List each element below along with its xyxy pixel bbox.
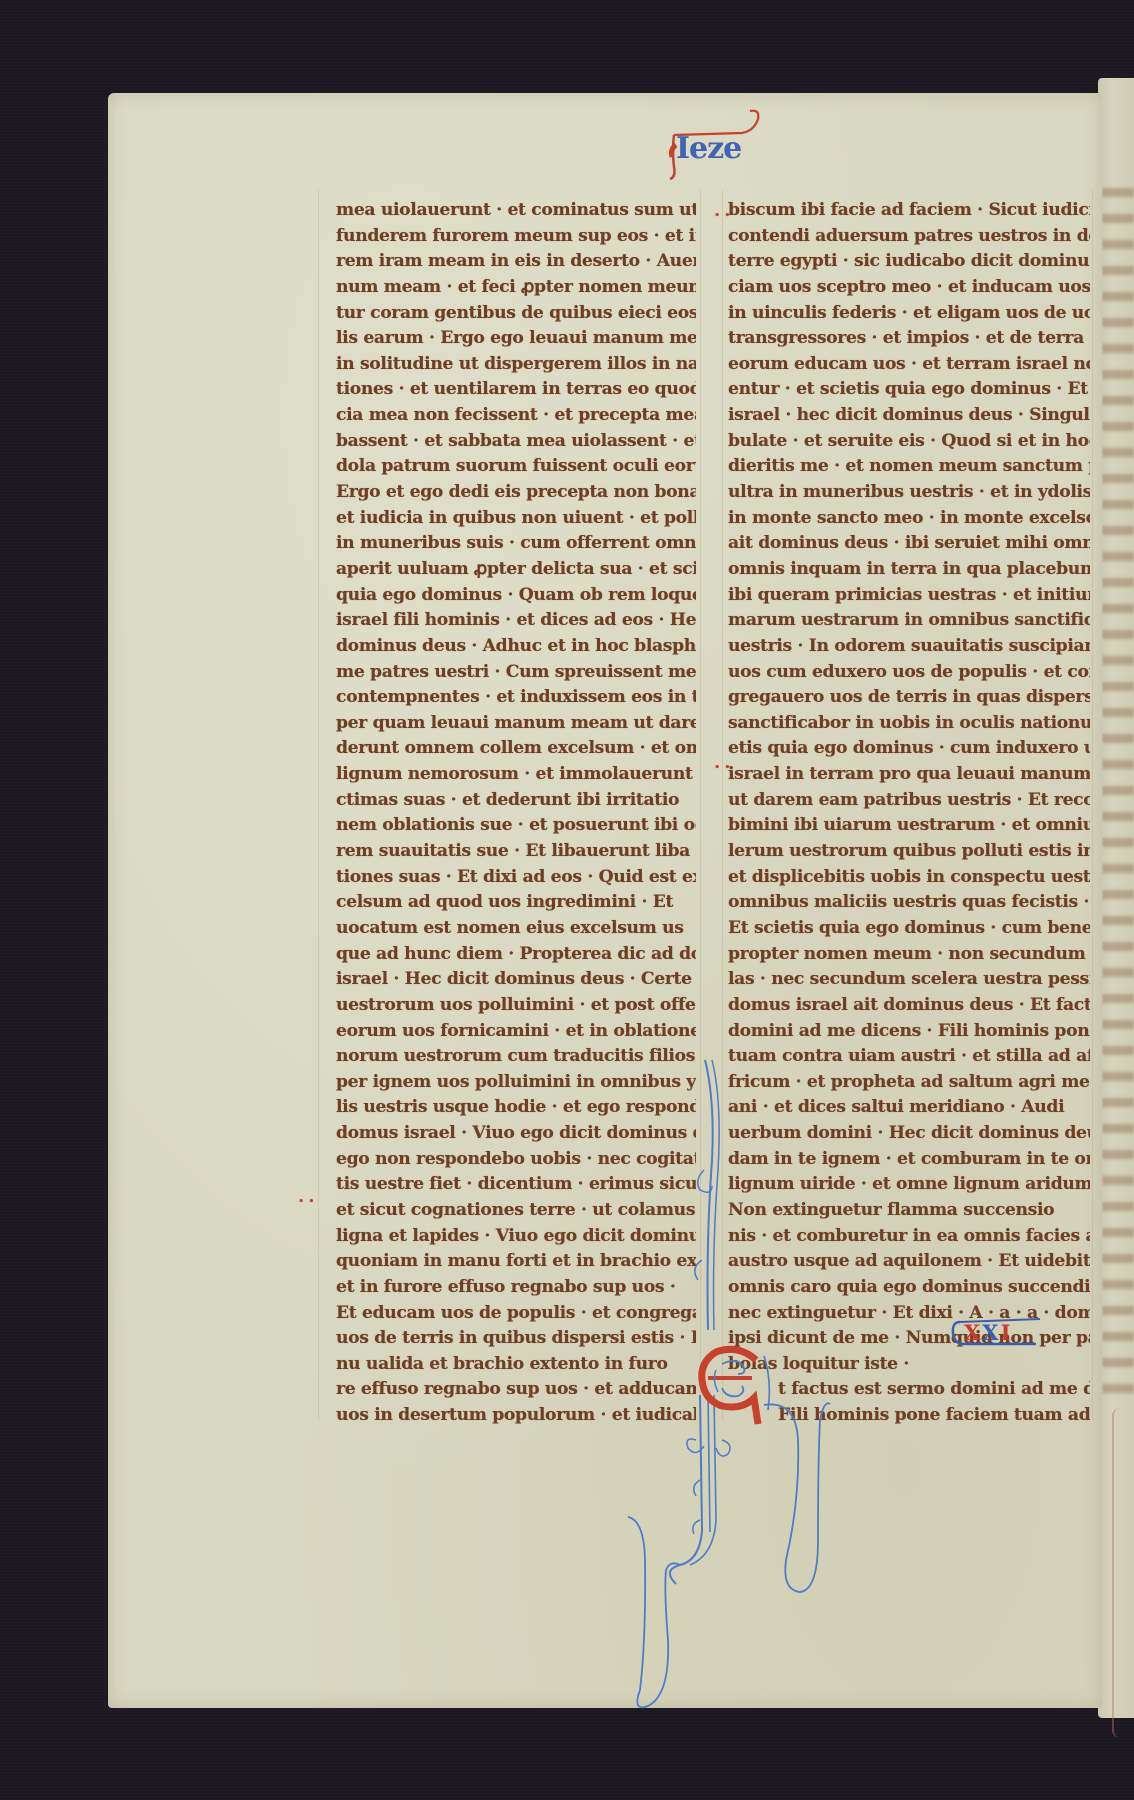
text-line: marum uestrarum in omnibus sanctificatio… [728, 608, 1090, 634]
text-line: uos de terris in quibus dispersi estis ·… [336, 1326, 696, 1352]
text-line: rem iram meam in eis in deserto · Auerti… [336, 249, 696, 275]
text-line: cia mea non fecissent · et precepta mea … [336, 403, 696, 429]
text-line: bulate · et seruite eis · Quod si et in … [728, 429, 1090, 455]
text-line: in uinculis federis · et eligam uos de u… [728, 301, 1090, 327]
text-line: sanctificabor in uobis in oculis nationu… [728, 711, 1090, 737]
text-line: lis earum · Ergo ego leuaui manum meam i… [336, 326, 696, 352]
show-through-line [1102, 370, 1134, 379]
text-line: uestris · In odorem suauitatis suscipiam [728, 634, 1090, 660]
show-through-line [1102, 500, 1134, 509]
text-line: lerum uestrorum quibus polluti estis in … [728, 839, 1090, 865]
show-through-line [1102, 292, 1134, 301]
text-line: per ignem uos polluimini in omnibus ydo [336, 1070, 696, 1096]
show-through-line [1102, 422, 1134, 431]
show-through-line [1102, 214, 1134, 223]
text-line: propter nomen meum · non secundum uias u… [728, 942, 1090, 968]
ruling-line [700, 190, 701, 1420]
text-line: et iudicia in quibus non uiuent · et pol… [336, 506, 696, 532]
right-text-column: biscum ibi facie ad faciem · Sicut iudic… [728, 198, 1090, 1429]
chapter-letter: I [1001, 1320, 1013, 1345]
text-line: transgressores · et impios · et de terra… [728, 326, 1090, 352]
show-through-line [1102, 1150, 1134, 1159]
show-through-line [1102, 604, 1134, 613]
text-line: ctimas suas · et dederunt ibi irritatio [336, 788, 696, 814]
text-line: funderem furorem meum sup eos · et imple [336, 224, 696, 250]
show-through-line [1102, 1384, 1134, 1393]
text-line: fricum · et propheta ad saltum agri meri… [728, 1070, 1090, 1096]
text-line: num meam · et feci ꝓpter nomen meum · ut… [336, 275, 696, 301]
text-line: biscum ibi facie ad faciem · Sicut iudic… [728, 198, 1090, 224]
text-line: dominus deus · Adhuc et in hoc blasphema… [336, 634, 696, 660]
text-line: contendi aduersum patres uestros in dese… [728, 224, 1090, 250]
show-through-line [1102, 942, 1134, 951]
decorated-initial: E [700, 1338, 770, 1418]
text-line: que ad hunc diem · Propterea dic ad domu… [336, 942, 696, 968]
show-through-line [1102, 1046, 1134, 1055]
text-line: Et educam uos de populis · et congregabo [336, 1301, 696, 1327]
text-line: tiones · et uentilarem in terras eo quod… [336, 377, 696, 403]
ruling-line [1092, 190, 1093, 1420]
text-line: ultra in muneribus uestris · et in ydoli… [728, 480, 1090, 506]
facing-page-edge [1098, 78, 1134, 1718]
text-line: Et scietis quia ego dominus · cum benefe… [728, 916, 1090, 942]
show-through-line [1102, 344, 1134, 353]
show-through-line [1102, 318, 1134, 327]
text-line: lignum uiride · et omne lignum aridum [728, 1172, 1090, 1198]
running-head: Ieze [662, 105, 762, 185]
show-through-line [1102, 760, 1134, 769]
text-line: ut darem eam patribus uestris · Et recor… [728, 788, 1090, 814]
text-line: derunt omnem collem excelsum · et omne [336, 736, 696, 762]
text-line: quoniam in manu forti et in brachio exte… [336, 1249, 696, 1275]
show-through-line [1102, 1228, 1134, 1237]
chapter-letter: X [982, 1320, 1000, 1345]
text-line: tiones suas · Et dixi ad eos · Quid est … [336, 865, 696, 891]
left-text-column: mea uiolauerunt · et cominatus sum ut ef… [336, 198, 696, 1429]
show-through-line [1102, 1280, 1134, 1289]
text-line: rem suauitatis sue · Et libauerunt liba [336, 839, 696, 865]
text-line: israel in terram pro qua leuaui manum me… [728, 762, 1090, 788]
text-line: bolas loquitur iste · [728, 1352, 1090, 1378]
show-through-line [1102, 240, 1134, 249]
show-through-line [1102, 656, 1134, 665]
show-through-flourish [1112, 1408, 1130, 1738]
show-through-line [1102, 1332, 1134, 1341]
text-line: entur · et scietis quia ego dominus · Et… [728, 377, 1090, 403]
show-through-line [1102, 266, 1134, 275]
text-line: dam in te ignem · et comburam in te omne [728, 1147, 1090, 1173]
text-line: nis · et comburetur in ea omnis facies a… [728, 1224, 1090, 1250]
show-through-line [1102, 1358, 1134, 1367]
text-line: austro usque ad aquilonem · Et uidebit [728, 1249, 1090, 1275]
text-line: omnis caro quia ego dominus succendi eam [728, 1275, 1090, 1301]
chapter-letter: X [964, 1320, 982, 1345]
text-line: et in furore effuso regnabo sup uos · [336, 1275, 696, 1301]
show-through-line [1102, 188, 1134, 197]
text-line: me patres uestri · Cum spreuissent me [336, 660, 696, 686]
text-line: re effuso regnabo sup uos · et adducam [336, 1377, 696, 1403]
text-line: bimini ibi uiarum uestrarum · et omnium … [728, 813, 1090, 839]
text-line: domus israel · Viuo ego dicit dominus de… [336, 1121, 696, 1147]
margin-mark: .. [298, 1186, 319, 1207]
show-through-line [1102, 1098, 1134, 1107]
text-line: lignum nemorosum · et immolauerunt ibi u… [336, 762, 696, 788]
text-line: gregauero uos de terris in quas dispersi… [728, 685, 1090, 711]
text-line: ciam uos sceptro meo · et inducam uos [728, 275, 1090, 301]
show-through-line [1102, 396, 1134, 405]
text-line: contempnentes · et induxissem eos in ter… [336, 685, 696, 711]
show-through-line [1102, 994, 1134, 1003]
text-line: nu ualida et brachio extento in furo [336, 1352, 696, 1378]
text-line: ibi queram primicias uestras · et initiu… [728, 583, 1090, 609]
text-line: terre egypti · sic iudicabo dicit dominu… [728, 249, 1090, 275]
text-line: uestrorum uos polluimini · et post offen… [336, 993, 696, 1019]
text-line: domus israel ait dominus deus · Et factu… [728, 993, 1090, 1019]
text-line: uos cum eduxero uos de populis · et con [728, 660, 1090, 686]
text-line: nem oblationis sue · et posuerunt ibi od… [336, 813, 696, 839]
text-line: celsum ad quod uos ingredimini · Et [336, 890, 696, 916]
text-line: eorum uos fornicamini · et in oblatione … [336, 1019, 696, 1045]
show-through-line [1102, 552, 1134, 561]
text-line: in muneribus suis · cum offerrent omne q… [336, 531, 696, 557]
show-through-line [1102, 838, 1134, 847]
show-through-line [1102, 1306, 1134, 1315]
show-through-line [1102, 734, 1134, 743]
text-line: ego non respondebo uobis · nec cogitatio… [336, 1147, 696, 1173]
show-through-line [1102, 448, 1134, 457]
text-line: dola patrum suorum fuissent oculi eorum … [336, 454, 696, 480]
text-line: per quam leuaui manum meam ut darem eis … [336, 711, 696, 737]
chapter-number: XXI [950, 1318, 1042, 1348]
show-through-line [1102, 812, 1134, 821]
text-line: tur coram gentibus de quibus eieci eos i… [336, 301, 696, 327]
show-through-line [1102, 1020, 1134, 1029]
text-line: israel fili hominis · et dices ad eos · … [336, 608, 696, 634]
text-line: omnibus maliciis uestris quas fecistis · [728, 890, 1090, 916]
text-line: et displicebitis uobis in conspectu uest… [728, 865, 1090, 891]
text-line: dieritis me · et nomen meum sanctum poll… [728, 454, 1090, 480]
chapter-number-text: XXI [964, 1320, 1012, 1345]
show-through-line [1102, 916, 1134, 925]
text-line: las · nec secundum scelera uestra pessim… [728, 967, 1090, 993]
text-line: tis uestre fiet · dicentium · erimus sic… [336, 1172, 696, 1198]
text-line: et sicut cognationes terre · ut colamus [336, 1198, 696, 1224]
margin-mark: .. [714, 200, 735, 221]
text-line: ait dominus deus · ibi seruiet mihi omni… [728, 531, 1090, 557]
show-through-line [1102, 864, 1134, 873]
text-line: uos in desertum populorum · et iudicabo … [336, 1403, 696, 1429]
show-through-line [1102, 708, 1134, 717]
text-line: mea uiolauerunt · et cominatus sum ut ef [336, 198, 696, 224]
text-line: israel · Hec dicit dominus deus · Certe … [336, 967, 696, 993]
show-through-line [1102, 682, 1134, 691]
margin-mark: .. [714, 752, 735, 773]
text-line: etis quia ego dominus · cum induxero uos… [728, 736, 1090, 762]
show-through-line [1102, 890, 1134, 899]
text-line: lis uestris usque hodie · et ego respond… [336, 1095, 696, 1121]
show-through-line [1102, 630, 1134, 639]
text-line: in solitudine ut dispergerem illos in na [336, 352, 696, 378]
text-line: in monte sancto meo · in monte excelso i… [728, 506, 1090, 532]
text-line: Ergo et ego dedi eis precepta non bona · [336, 480, 696, 506]
show-through-line [1102, 968, 1134, 977]
show-through-line [1102, 1124, 1134, 1133]
show-through-line [1102, 474, 1134, 483]
text-line: norum uestrorum cum traducitis filios ue… [336, 1044, 696, 1070]
text-line: israel · hec dicit dominus deus · Singul… [728, 403, 1090, 429]
text-line: omnis inquam in terra in qua placebunt m… [728, 557, 1090, 583]
show-through-line [1102, 1202, 1134, 1211]
text-line: uocatum est nomen eius excelsum us [336, 916, 696, 942]
show-through-line [1102, 1072, 1134, 1081]
text-line: domini ad me dicens · Fili hominis pone … [728, 1019, 1090, 1045]
ruling-line [722, 190, 723, 1420]
show-through-line [1102, 1254, 1134, 1263]
text-line-after-initial: Fili hominis pone faciem tuam ad ierlm [728, 1403, 1090, 1429]
running-head-text: Ieze [676, 131, 741, 166]
initial-letter: E [700, 1338, 701, 1339]
show-through-line [1102, 1176, 1134, 1185]
show-through-line [1102, 578, 1134, 587]
text-line: ani · et dices saltui meridiano · Audi [728, 1095, 1090, 1121]
text-line: Non extinguetur flamma succensio [728, 1198, 1090, 1224]
text-line: eorum educam uos · et terram israel non … [728, 352, 1090, 378]
text-line: bassent · et sabbata mea uiolassent · et… [336, 429, 696, 455]
text-line: ligna et lapides · Viuo ego dicit dominu… [336, 1224, 696, 1250]
show-through-line [1102, 786, 1134, 795]
text-line: aperit uuluam ꝓpter delicta sua · et sci… [336, 557, 696, 583]
text-line: uerbum domini · Hec dicit dominus deus ·… [728, 1121, 1090, 1147]
text-line-after-initial: t factus est sermo domini ad me dicens [728, 1377, 1090, 1403]
text-line: quia ego dominus · Quam ob rem loquere a… [336, 583, 696, 609]
text-line: tuam contra uiam austri · et stilla ad a… [728, 1044, 1090, 1070]
ruling-line [318, 190, 319, 1420]
show-through-line [1102, 526, 1134, 535]
